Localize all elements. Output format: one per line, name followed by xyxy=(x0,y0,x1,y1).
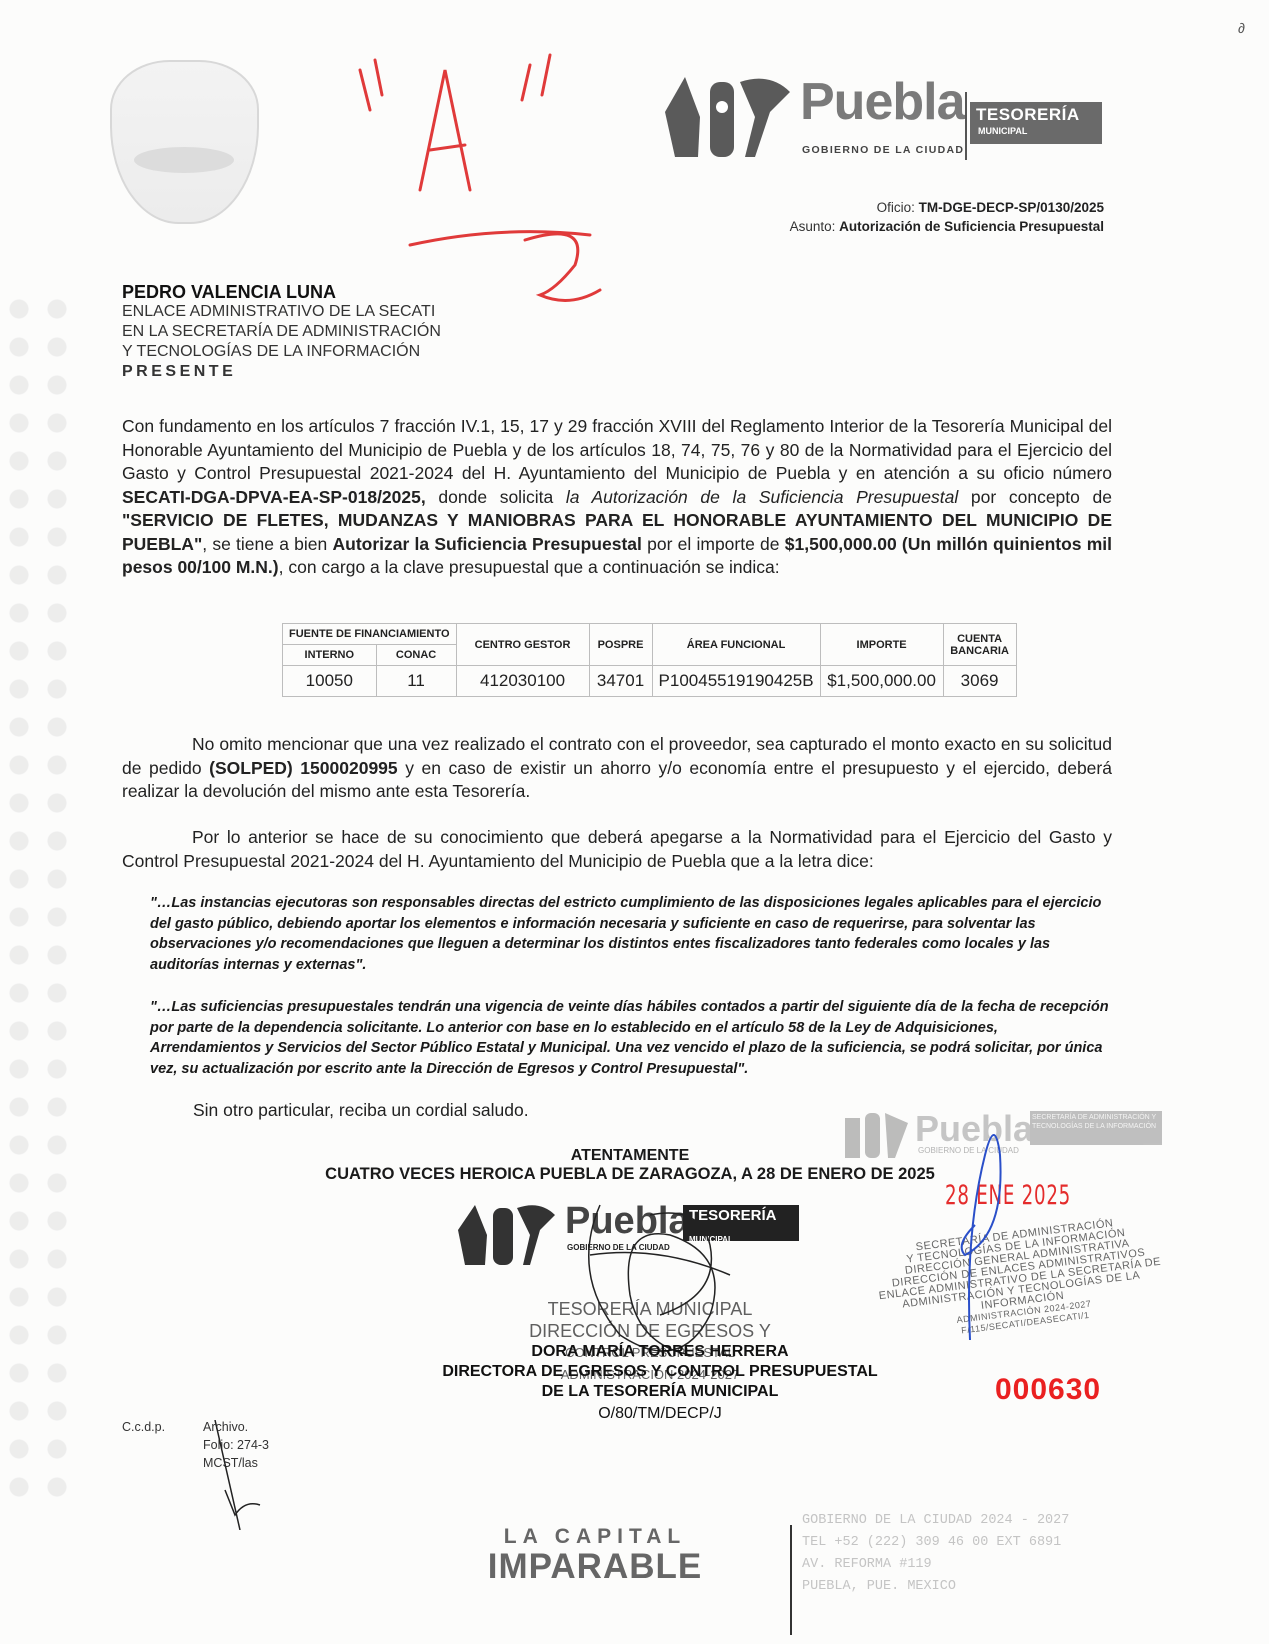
slogan-line-2: IMPARABLE xyxy=(470,1549,720,1585)
cell-area-funcional: P10045519190425B xyxy=(652,666,820,697)
slogan-line-1: LA CAPITAL xyxy=(470,1525,720,1549)
logo-wordmark: Puebla xyxy=(800,72,965,132)
city-emblem-icon xyxy=(660,72,795,157)
la-capital-imparable-logo: LA CAPITAL IMPARABLE xyxy=(470,1525,720,1605)
signer-title-2: DE LA TESORERÍA MUNICIPAL xyxy=(380,1382,940,1402)
logo-divider xyxy=(965,92,967,160)
reference-block: Oficio: TM-DGE-DECP-SP/0130/2025 Asunto:… xyxy=(790,198,1104,236)
oficio-line: Oficio: TM-DGE-DECP-SP/0130/2025 xyxy=(790,198,1104,217)
ccdp-label: C.c.d.p. xyxy=(122,1418,165,1436)
p2-solped: (SOLPED) 1500020995 xyxy=(209,758,398,778)
asunto-label: Asunto: xyxy=(790,219,840,234)
signer-title-1: DIRECTORA DE EGRESOS Y CONTROL PRESUPUES… xyxy=(380,1362,940,1382)
th-cuenta-bancaria: CUENTA BANCARIA xyxy=(943,624,1016,666)
tesoreria-badge-subtitle: MUNICIPAL xyxy=(978,126,1027,136)
footer-gov-line: GOBIERNO DE LA CIUDAD 2024 - 2027 xyxy=(802,1510,1069,1532)
signer-block: DORA MARÍA TORRES HERRERA DIRECTORA DE E… xyxy=(380,1342,940,1424)
footer-contact: GOBIERNO DE LA CIUDAD 2024 - 2027 TEL +5… xyxy=(802,1510,1069,1598)
addressee-line-2: EN LA SECRETARÍA DE ADMINISTRACIÓN xyxy=(122,322,441,342)
th-pospre: POSPRE xyxy=(589,624,652,666)
th-centro-gestor: CENTRO GESTOR xyxy=(456,624,589,666)
oficio-label: Oficio: xyxy=(877,200,919,215)
footer-phone: TEL +52 (222) 309 46 00 EXT 6891 xyxy=(802,1532,1069,1554)
p1-oficio-ref: SECATI-DGA-DPVA-EA-SP-018/2025, xyxy=(122,487,426,507)
p1-autorizar: Autorizar la Suficiencia Presupuestal xyxy=(333,534,642,554)
th-interno: INTERNO xyxy=(283,645,377,666)
asunto-line: Asunto: Autorización de Suficiencia Pres… xyxy=(790,217,1104,236)
presente: PRESENTE xyxy=(122,362,441,382)
footer-address: AV. REFORMA #119 xyxy=(802,1554,1069,1576)
addressee-block: PEDRO VALENCIA LUNA ENLACE ADMINISTRATIV… xyxy=(122,282,441,382)
paragraph-solped: No omito mencionar que una vez realizado… xyxy=(122,733,1112,804)
municipal-shield-watermark xyxy=(110,60,259,224)
signer-ref: O/80/TM/DECP/J xyxy=(380,1404,940,1424)
addressee-line-1: ENLACE ADMINISTRATIVO DE LA SECATI xyxy=(122,302,441,322)
cell-conac: 11 xyxy=(376,666,456,697)
cell-pospre: 34701 xyxy=(589,666,652,697)
cell-interno: 10050 xyxy=(283,666,377,697)
paragraph-normatividad: Por lo anterior se hace de su conocimien… xyxy=(122,826,1112,873)
place-date: CUATRO VECES HEROICA PUEBLA DE ZARAGOZA,… xyxy=(280,1165,980,1184)
secati-receipt-stamp: SECRETARÍA DE ADMINISTRACIÓN Y TECNOLOGÍ… xyxy=(865,1212,1175,1347)
th-fuente-financiamiento: FUENTE DE FINANCIAMIENTO xyxy=(283,624,457,645)
quote-responsabilidad: "…Las instancias ejecutoras son responsa… xyxy=(150,893,1112,975)
blue-initial-signature xyxy=(960,1115,1020,1345)
cell-cuenta-bancaria: 3069 xyxy=(943,666,1016,697)
paragraph-authorization: Con fundamento en los artículos 7 fracci… xyxy=(122,415,1112,580)
p1-text-c: por concepto de xyxy=(958,487,1112,507)
p1-text-f: , con cargo a la clave presupuestal que … xyxy=(279,557,780,577)
corner-mark: ∂ xyxy=(1238,20,1245,36)
quote-vigencia: "…Las suficiencias presupuestales tendrá… xyxy=(150,997,1112,1079)
logo-subtitle: GOBIERNO DE LA CIUDAD xyxy=(802,144,964,156)
th-importe: IMPORTE xyxy=(820,624,943,666)
signature-heading: ATENTAMENTE CUATRO VECES HEROICA PUEBLA … xyxy=(280,1147,980,1184)
footer-divider xyxy=(790,1525,792,1635)
p1-italic: la Autorización de la Suficiencia Presup… xyxy=(566,487,958,507)
atentamente: ATENTAMENTE xyxy=(280,1147,980,1165)
secati-logo-box: SECRETARÍA DE ADMINISTRACIÓN Y TECNOLOGÍ… xyxy=(1030,1111,1162,1145)
p1-text-e: por el importe de xyxy=(642,534,785,554)
puebla-tesoreria-logo: Puebla GOBIERNO DE LA CIUDAD TESORERÍA M… xyxy=(660,72,1120,162)
th-area-funcional: ÁREA FUNCIONAL xyxy=(652,624,820,666)
cell-importe: $1,500,000.00 xyxy=(820,666,943,697)
tesoreria-badge: TESORERÍA MUNICIPAL xyxy=(970,102,1102,144)
city-emblem-icon xyxy=(455,1200,560,1265)
asunto-value: Autorización de Suficiencia Presupuestal xyxy=(839,219,1104,234)
th-conac: CONAC xyxy=(376,645,456,666)
signer-name: DORA MARÍA TORRES HERRERA xyxy=(380,1342,940,1362)
oficio-number: TM-DGE-DECP-SP/0130/2025 xyxy=(919,200,1104,215)
budget-key-table: FUENTE DE FINANCIAMIENTO CENTRO GESTOR P… xyxy=(282,623,1017,697)
background-watermark xyxy=(0,290,75,1510)
addressee-name: PEDRO VALENCIA LUNA xyxy=(122,282,441,302)
footer-city: PUEBLA, PUE. MEXICO xyxy=(802,1576,1069,1598)
tesoreria-badge-title: TESORERÍA xyxy=(976,105,1080,125)
p1-text-b: donde solicita xyxy=(426,487,566,507)
p1-text-d: , se tiene a bien xyxy=(202,534,332,554)
table-row: 10050 11 412030100 34701 P10045519190425… xyxy=(283,666,1017,697)
p1-text-a: Con fundamento en los artículos 7 fracci… xyxy=(122,416,1112,483)
handwritten-annotation xyxy=(350,40,610,310)
initials-scribble xyxy=(200,1420,270,1530)
closing-greeting: Sin otro particular, reciba un cordial s… xyxy=(193,1100,529,1121)
addressee-line-3: Y TECNOLOGÍAS DE LA INFORMACIÓN xyxy=(122,342,441,362)
folio-number-stamp: 000630 xyxy=(995,1373,1101,1407)
cell-centro-gestor: 412030100 xyxy=(456,666,589,697)
